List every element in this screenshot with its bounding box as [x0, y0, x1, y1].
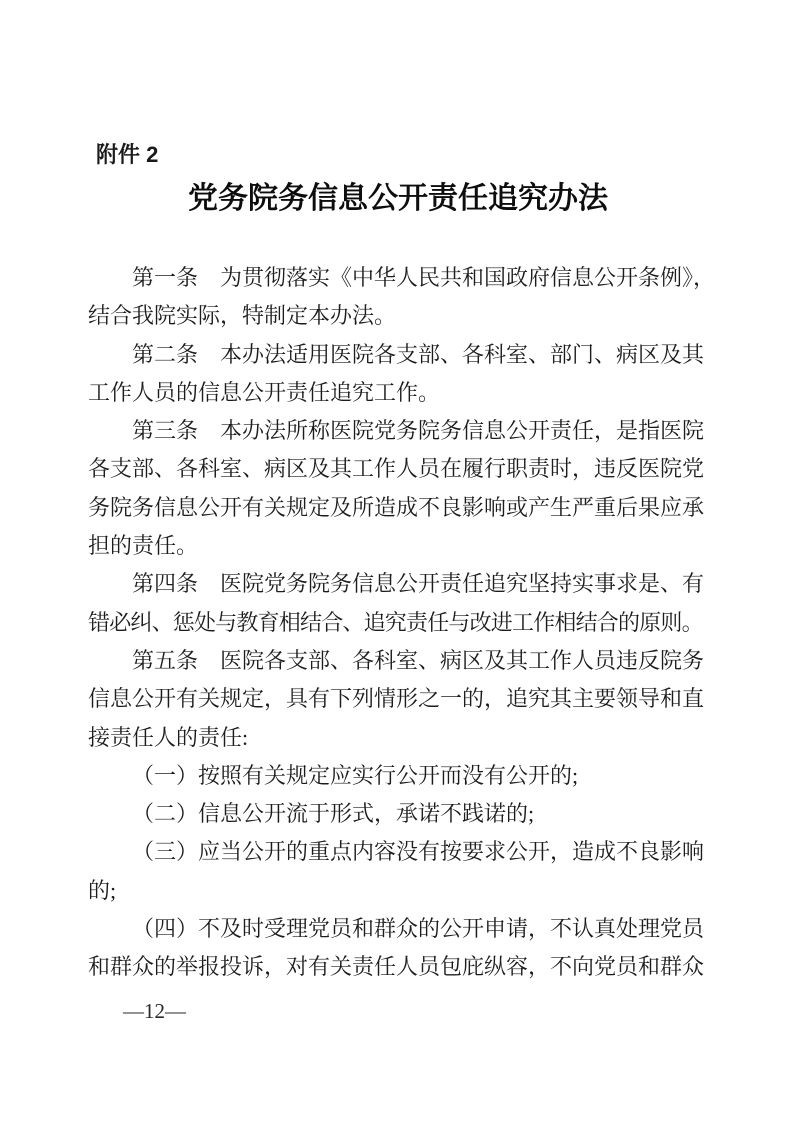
text-line: （三）应当公开的重点内容没有按要求公开，造成不良影响 [88, 833, 708, 871]
article-5-paragraph: 第五条 医院各支部、各科室、病区及其工作人员违反院务 信息公开有关规定，具有下列… [88, 642, 708, 757]
text-line: 和群众的举报投诉，对有关责任人员包庇纵容，不向党员和群众 [88, 948, 708, 986]
text-line: 错必纠、惩处与教育相结合、追究责任与改进工作相结合的原则。 [88, 604, 708, 642]
text-line: 工作人员的信息公开责任追究工作。 [88, 374, 708, 412]
attachment-label: 附件 2 [96, 142, 158, 168]
document-page: 附件 2 党务院务信息公开责任追究办法 第一条 为贯彻落实《中华人民共和国政府信… [0, 0, 794, 1123]
text-line: 第一条 为贯彻落实《中华人民共和国政府信息公开条例》， [88, 259, 708, 297]
clause-4-paragraph: （四）不及时受理党员和群众的公开申请，不认真处理党员 和群众的举报投诉，对有关责… [88, 910, 708, 987]
text-line: 各支部、各科室、病区及其工作人员在履行职责时，违反医院党 [88, 450, 708, 488]
text-line: 第二条 本办法适用医院各支部、各科室、部门、病区及其 [88, 336, 708, 374]
text-line: （一）按照有关规定应实行公开而没有公开的; [88, 757, 708, 795]
page-number: —12— [123, 999, 186, 1023]
clause-2-paragraph: （二）信息公开流于形式，承诺不践诺的; [88, 795, 708, 833]
document-title: 党务院务信息公开责任追究办法 [88, 181, 708, 217]
text-line: （二）信息公开流于形式，承诺不践诺的; [88, 795, 708, 833]
article-2-paragraph: 第二条 本办法适用医院各支部、各科室、部门、病区及其 工作人员的信息公开责任追究… [88, 336, 708, 413]
text-line: 担的责任。 [88, 527, 708, 565]
text-line: 的; [88, 872, 708, 910]
article-4-paragraph: 第四条 医院党务院务信息公开责任追究坚持实事求是、有 错必纠、惩处与教育相结合、… [88, 565, 708, 642]
clause-3-paragraph: （三）应当公开的重点内容没有按要求公开，造成不良影响 的; [88, 833, 708, 910]
text-line: 接责任人的责任: [88, 719, 708, 757]
text-line: 结合我院实际，特制定本办法。 [88, 297, 708, 335]
text-line: 第三条 本办法所称医院党务院务信息公开责任，是指医院 [88, 412, 708, 450]
clause-1-paragraph: （一）按照有关规定应实行公开而没有公开的; [88, 757, 708, 795]
text-line: 信息公开有关规定，具有下列情形之一的，追究其主要领导和直 [88, 680, 708, 718]
article-1-paragraph: 第一条 为贯彻落实《中华人民共和国政府信息公开条例》， 结合我院实际，特制定本办… [88, 259, 708, 336]
text-line: 第四条 医院党务院务信息公开责任追究坚持实事求是、有 [88, 565, 708, 603]
article-3-paragraph: 第三条 本办法所称医院党务院务信息公开责任，是指医院 各支部、各科室、病区及其工… [88, 412, 708, 565]
text-line: 务院务信息公开有关规定及所造成不良影响或产生严重后果应承 [88, 489, 708, 527]
text-line: （四）不及时受理党员和群众的公开申请，不认真处理党员 [88, 910, 708, 948]
document-body: 第一条 为贯彻落实《中华人民共和国政府信息公开条例》， 结合我院实际，特制定本办… [88, 259, 708, 987]
text-line: 第五条 医院各支部、各科室、病区及其工作人员违反院务 [88, 642, 708, 680]
